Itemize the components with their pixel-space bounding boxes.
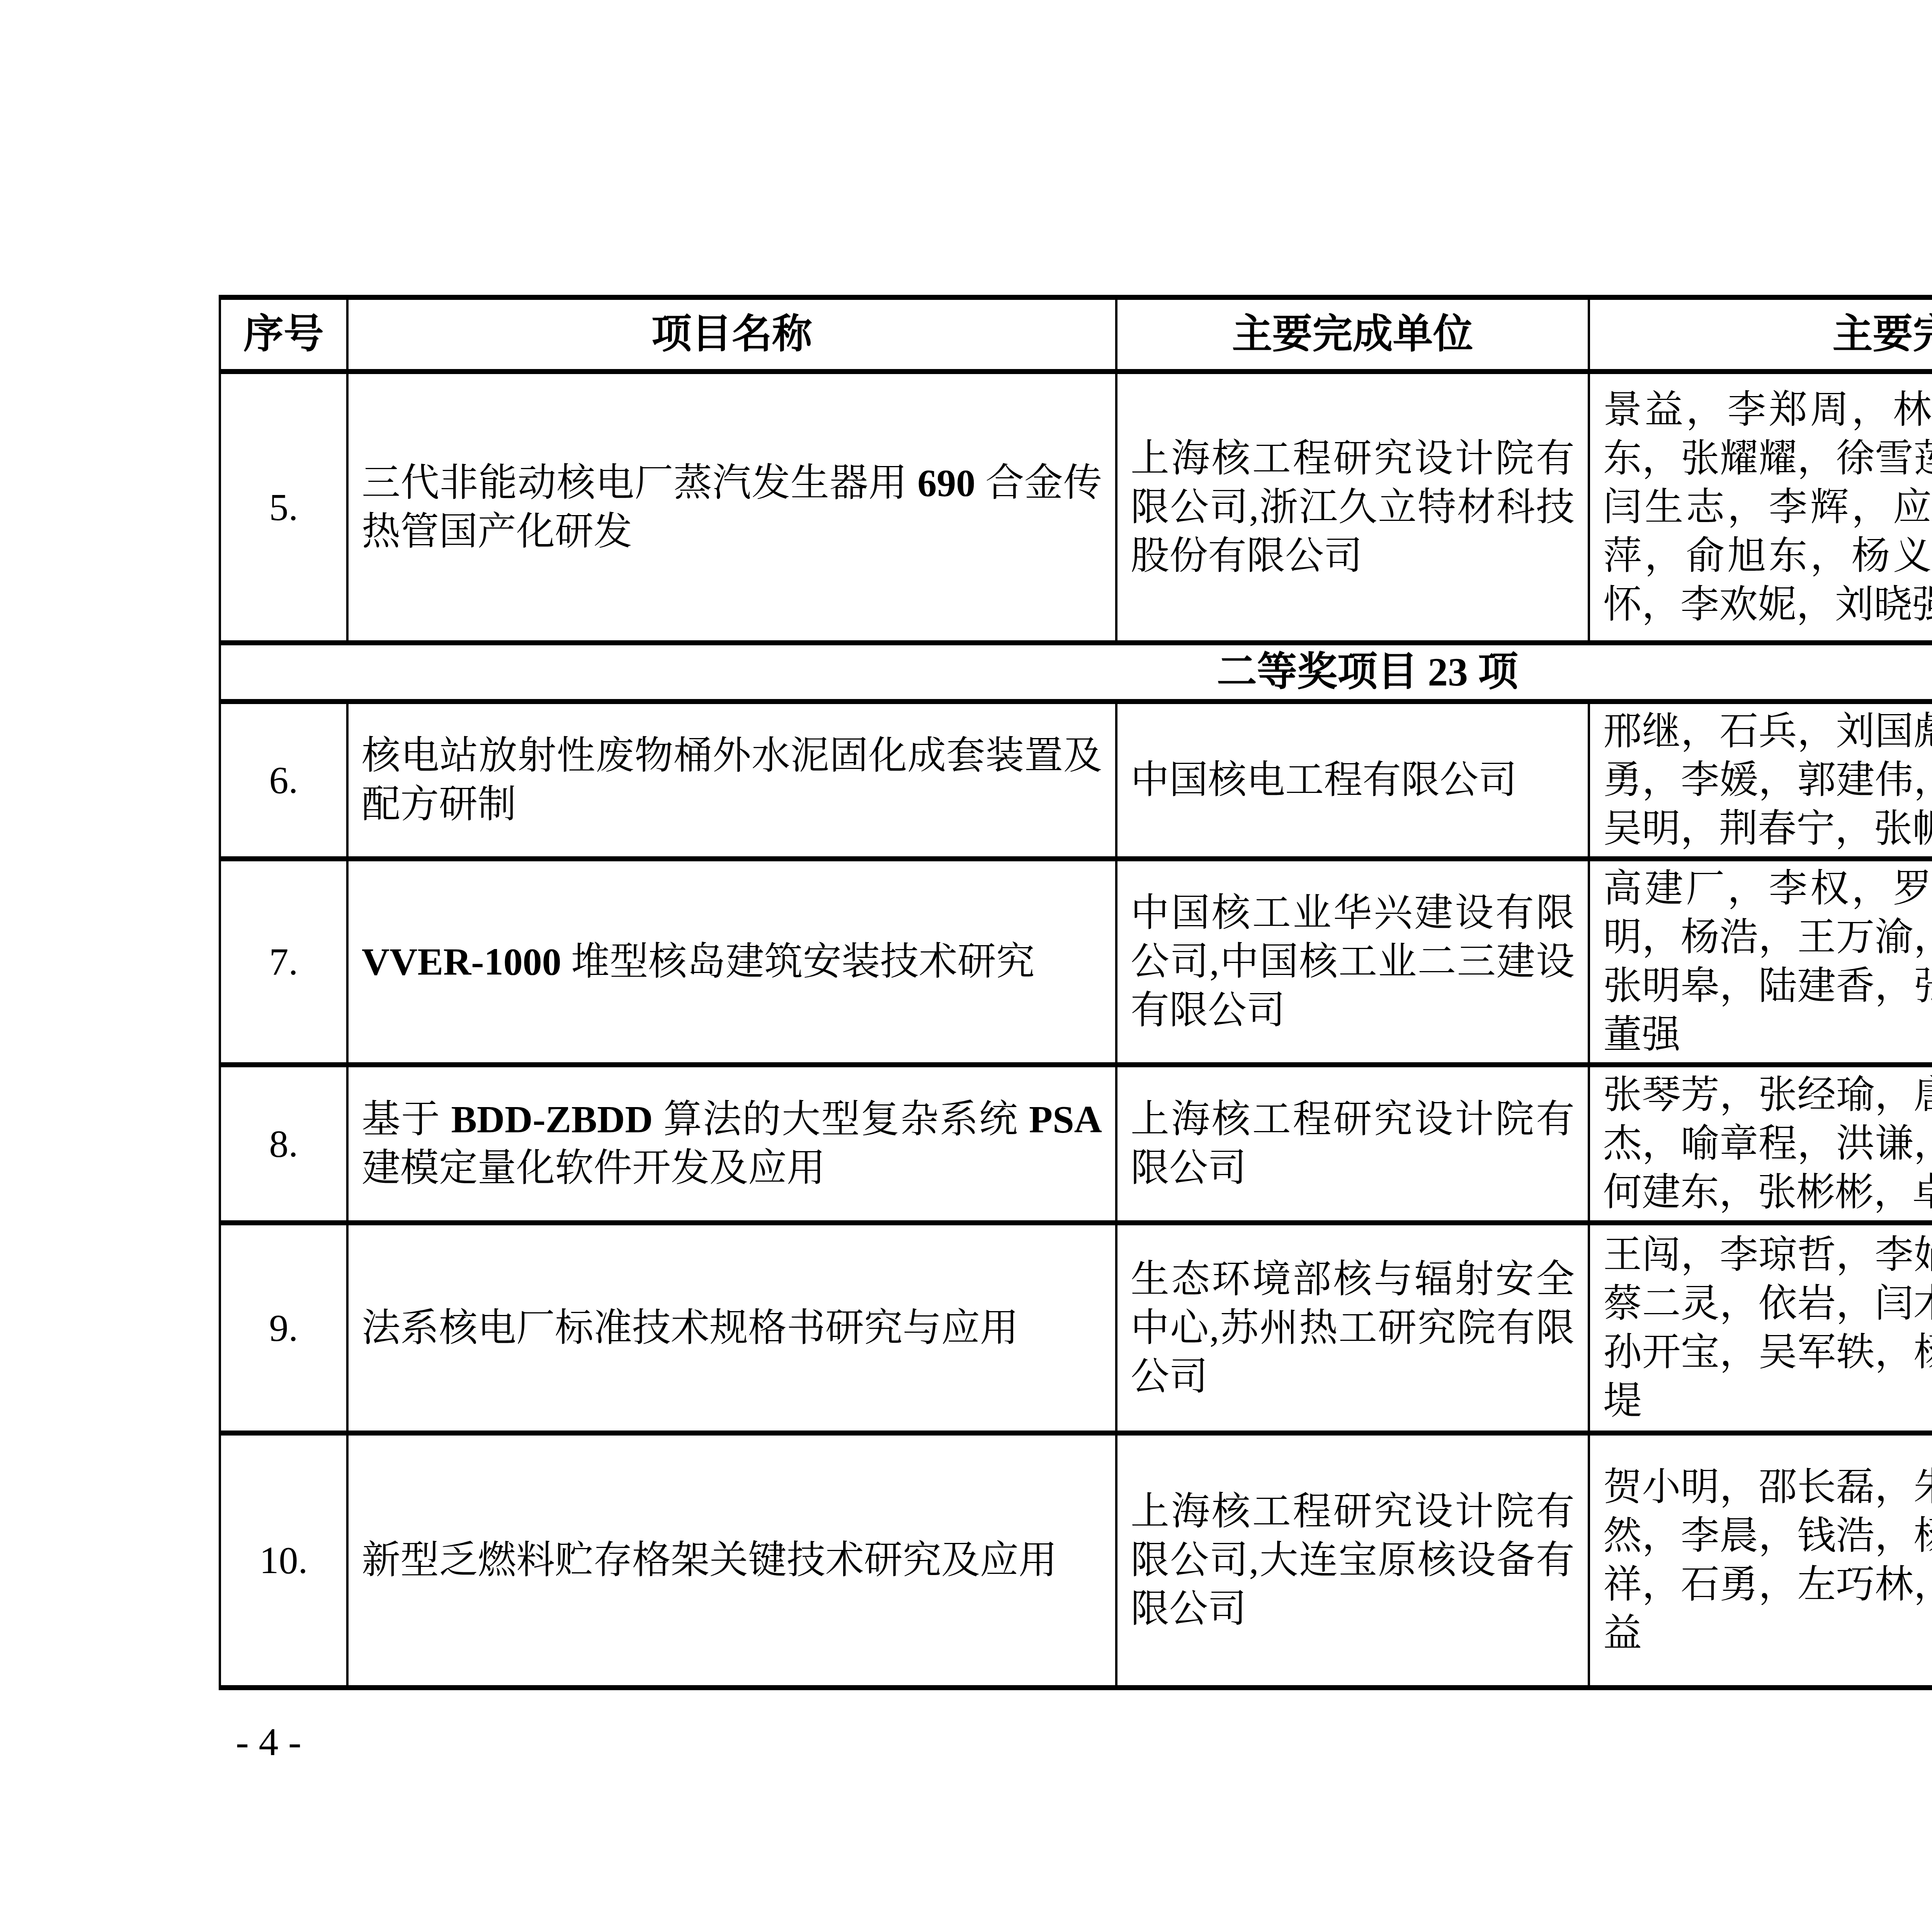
serial-number: 7. xyxy=(220,859,347,1065)
table-row: 10. 新型乏燃料贮存格架关键技术研究及应用 上海核工程研究设计院有限公司,大连… xyxy=(220,1433,1932,1688)
contributors: 景益，李郑周，林绍萱，苏诚，王永东，张耀耀，徐雪莲，蔡志刚，周全，闫生志，李辉，… xyxy=(1589,372,1932,643)
section-divider-label: 二等奖项目 23 项 xyxy=(220,643,1932,702)
contributors: 邢继，石兵，刘国彪，张瑞，孙占，汪勇，李媛，郭建伟，张耀春，战仕全，吴明，荆春宁… xyxy=(1589,702,1932,859)
serial-number: 5. xyxy=(220,372,347,643)
completing-units: 中国核电工程有限公司 xyxy=(1116,702,1589,859)
completing-units: 中国核工业华兴建设有限公司,中国核工业二三建设有限公司 xyxy=(1116,859,1589,1065)
project-name: 法系核电厂标准技术规格书研究与应用 xyxy=(347,1223,1116,1433)
table-row: 7. VVER-1000 堆型核岛建筑安装技术研究 中国核工业华兴建设有限公司,… xyxy=(220,859,1932,1065)
contributors: 王闯，李琼哲，李娟，沈荣发，张适，蔡二灵，依岩，闫术，汤搏，钱晓明，孙开宝，吴军… xyxy=(1589,1223,1932,1433)
column-header-units: 主要完成单位 xyxy=(1116,298,1589,372)
table-header-row: 序号 项目名称 主要完成单位 主要完成人 获奖等级 xyxy=(220,298,1932,372)
serial-number: 10. xyxy=(220,1433,347,1688)
table-row: 8. 基于 BDD-ZBDD 算法的大型复杂系统 PSA 建模定量化软件开发及应… xyxy=(220,1065,1932,1223)
project-name: 核电站放射性废物桶外水泥固化成套装置及配方研制 xyxy=(347,702,1116,859)
project-name: 三代非能动核电厂蒸汽发生器用 690 合金传热管国产化研发 xyxy=(347,372,1116,643)
completing-units: 上海核工程研究设计院有限公司,大连宝原核设备有限公司 xyxy=(1116,1433,1589,1688)
serial-number: 9. xyxy=(220,1223,347,1433)
column-header-serial: 序号 xyxy=(220,298,347,372)
completing-units: 生态环境部核与辐射安全中心,苏州热工研究院有限公司 xyxy=(1116,1223,1589,1433)
page-number: - 4 - xyxy=(236,1719,301,1766)
contributors: 贺小明，邵长磊，朱自强，党哈雷，黄然，李晨，钱浩，杨庆湘，叶青，王殿祥，石勇，左… xyxy=(1589,1433,1932,1688)
serial-number: 8. xyxy=(220,1065,347,1223)
completing-units: 上海核工程研究设计院有限公司,浙江久立特材科技股份有限公司 xyxy=(1116,372,1589,643)
awards-table: 序号 项目名称 主要完成单位 主要完成人 获奖等级 5. 三代非能动核电厂蒸汽发… xyxy=(219,295,1932,1690)
project-name: 基于 BDD-ZBDD 算法的大型复杂系统 PSA 建模定量化软件开发及应用 xyxy=(347,1065,1116,1223)
contributors: 张琴芳，张经瑜，唐国锋，李肇华，王杰，喻章程，洪谦，詹文辉，仇永萍，何建东，张彬… xyxy=(1589,1065,1932,1223)
contributors: 高建厂，李权，罗静，崔正严，姜世明，杨浩，王万渝，梁权刚，梁小燕，张明皋，陆建香… xyxy=(1589,859,1932,1065)
document-page: { "document": { "page_number": "- 4 -" }… xyxy=(0,0,1932,1917)
project-name: 新型乏燃料贮存格架关键技术研究及应用 xyxy=(347,1433,1116,1688)
column-header-project: 项目名称 xyxy=(347,298,1116,372)
table-row: 6. 核电站放射性废物桶外水泥固化成套装置及配方研制 中国核电工程有限公司 邢继… xyxy=(220,702,1932,859)
serial-number: 6. xyxy=(220,702,347,859)
project-name: VVER-1000 堆型核岛建筑安装技术研究 xyxy=(347,859,1116,1065)
section-divider-row: 二等奖项目 23 项 xyxy=(220,643,1932,702)
completing-units: 上海核工程研究设计院有限公司 xyxy=(1116,1065,1589,1223)
table-row: 5. 三代非能动核电厂蒸汽发生器用 690 合金传热管国产化研发 上海核工程研究… xyxy=(220,372,1932,643)
column-header-contributors: 主要完成人 xyxy=(1589,298,1932,372)
table-row: 9. 法系核电厂标准技术规格书研究与应用 生态环境部核与辐射安全中心,苏州热工研… xyxy=(220,1223,1932,1433)
